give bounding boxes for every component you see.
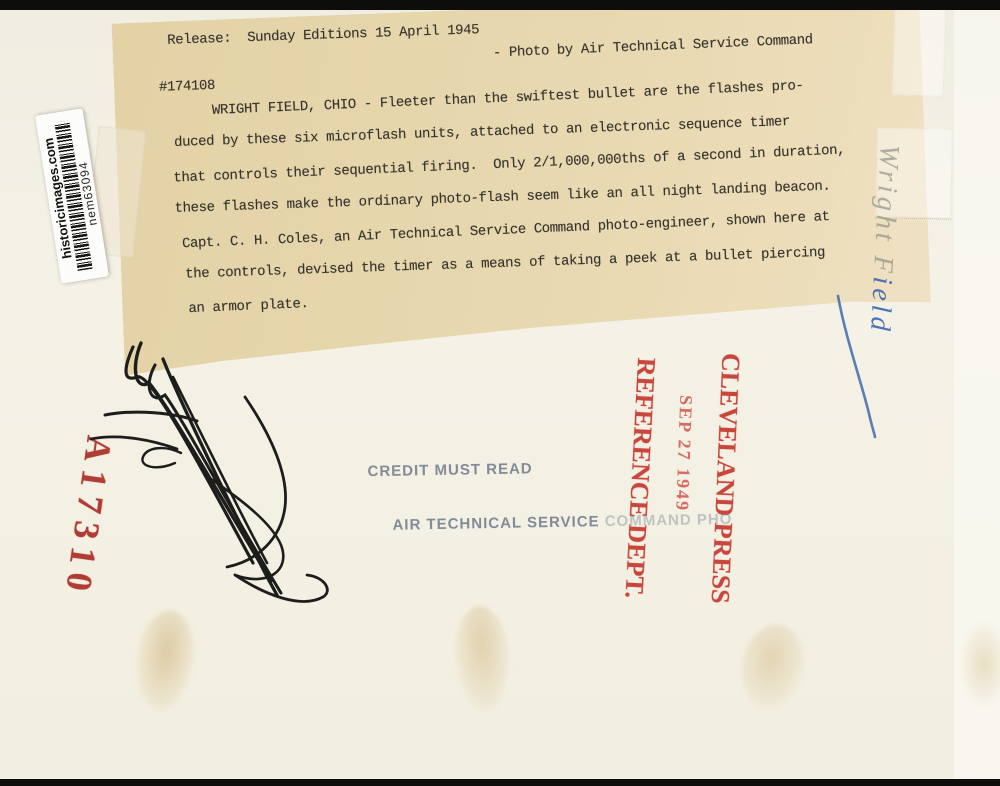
press-photo-back: Release: Sunday Editions 15 April 1945 -… (0, 0, 1000, 786)
credit-stamp-line2-strong: AIR TECHNICAL SERVICE (392, 513, 605, 534)
caption-photo-number: #174108 (159, 78, 216, 96)
scan-edge-bottom (0, 779, 1000, 786)
caption-body-line: Capt. C. H. Coles, an Air Technical Serv… (182, 209, 830, 252)
caption-body-line: WRIGHT FIELD, CHIO - Fleeter than the sw… (212, 78, 804, 119)
caption-credit-line: - Photo by Air Technical Service Command (493, 32, 813, 61)
pen-scribble (85, 325, 355, 625)
caption-body-line: an armor plate. (188, 296, 309, 317)
stain-blot (451, 604, 513, 714)
scan-edge-top (0, 0, 1000, 10)
credit-stamp-line1: CREDIT MUST READ (367, 457, 731, 481)
caption-release-line: Release: Sunday Editions 15 April 1945 (167, 22, 479, 49)
caption-body-line: that controls their sequential firing. O… (173, 142, 845, 186)
caption-body-line: duced by these six microflash units, att… (174, 114, 790, 151)
caption-body-line: these flashes make the ordinary photo-fl… (174, 179, 830, 217)
caption-body-line: the controls, devised the timer as a mea… (185, 245, 825, 283)
credit-stamp: CREDIT MUST READ AIR TECHNICAL SERVICE C… (367, 421, 733, 571)
stain-blot (735, 619, 811, 714)
credit-stamp-line2-faded: COMMAND PHO (605, 511, 733, 530)
credit-stamp-line2: AIR TECHNICAL SERVICE COMMAND PHO (392, 511, 732, 535)
typed-caption-label: Release: Sunday Editions 15 April 1945 -… (112, 0, 933, 375)
tape-piece (891, 7, 946, 97)
stain-blot (960, 622, 1000, 706)
blue-ink-stroke (820, 280, 910, 450)
